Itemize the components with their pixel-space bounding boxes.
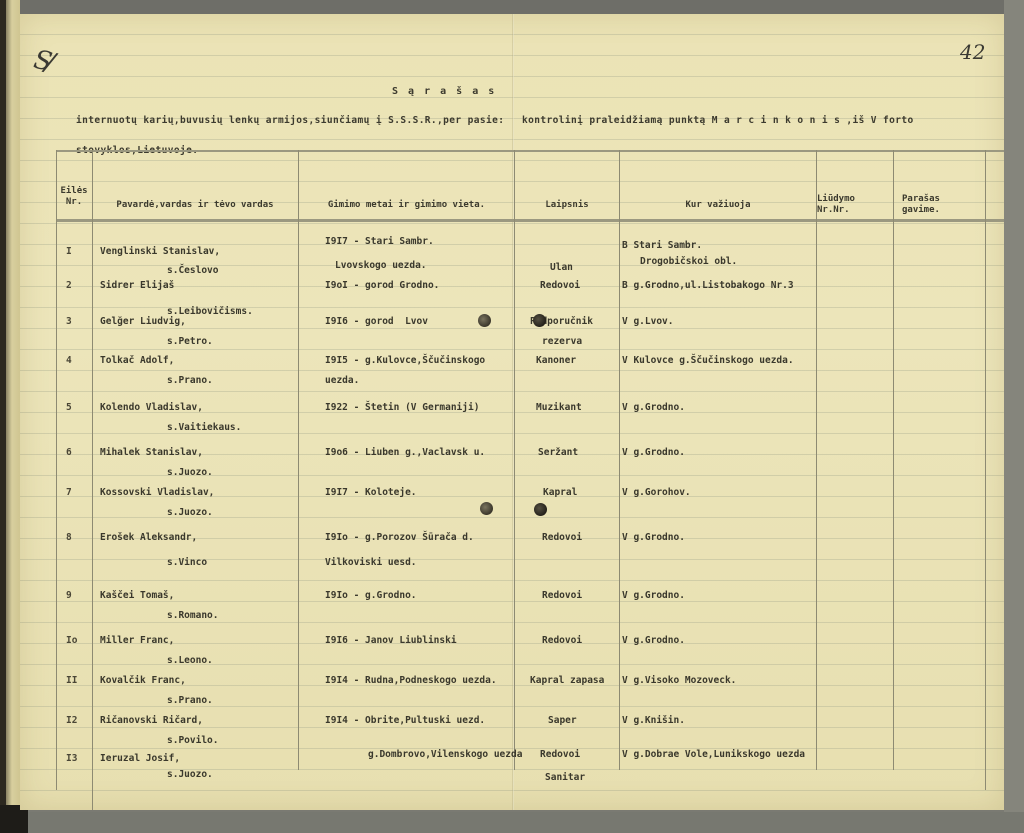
row-patronymic: s.Prano.	[167, 375, 213, 386]
row-name: Ieruzal Josif,	[100, 753, 180, 764]
row-rank: Redovoi	[542, 532, 582, 543]
row-destination-cont: Drogobičskoi obl.	[640, 256, 737, 267]
row-nr: I	[66, 246, 72, 257]
row-rank: Saper	[548, 715, 577, 726]
row-name: Ričanovski Ričard,	[100, 715, 203, 726]
header-nr: Eilės Nr.	[57, 186, 91, 208]
header-name: Pavardė,vardas ir tėvo vardas	[92, 200, 298, 211]
row-destination: B g.Grodno,ul.Listobakogo Nr.3	[622, 280, 794, 291]
row-nr: II	[66, 675, 77, 686]
row-birth: I9I5 - g.Kulovce,Ščučinskogo	[325, 355, 485, 366]
row-nr: 3	[66, 316, 72, 327]
row-patronymic: s.Petro.	[167, 336, 213, 347]
row-birth: I9I7 - Stari Sambr.	[325, 236, 434, 247]
row-name: Gelğer Liudvig,	[100, 316, 186, 327]
row-destination: V g.Visoko Mozoveck.	[622, 675, 736, 686]
row-destination: V g.Grodno.	[622, 590, 685, 601]
row-birth: I9Io - g.Porozov Šūrača d.	[325, 532, 474, 543]
row-nr: I3	[66, 753, 77, 764]
punch-hole	[478, 314, 491, 327]
binder-background-right	[1004, 0, 1024, 833]
row-rank: Kapral	[543, 487, 577, 498]
row-rank: Kapral zapasa	[530, 675, 604, 686]
row-rank: Redovoi	[542, 590, 582, 601]
header-receipt: Parašas gavime.	[902, 194, 982, 216]
handwritten-page-number: 42	[960, 40, 985, 64]
row-patronymic: s.Česlovo	[167, 265, 218, 276]
row-patronymic: s.Romano.	[167, 610, 218, 621]
row-patronymic: s.Povilo.	[167, 735, 218, 746]
row-birth-cont: uezda.	[325, 375, 359, 386]
row-name: Erošek Aleksandr,	[100, 532, 197, 543]
row-destination: V g.Grodno.	[622, 447, 685, 458]
row-rank: Kanoner	[536, 355, 576, 366]
row-patronymic: s.Prano.	[167, 695, 213, 706]
header-destination: Kur važiuoja	[620, 200, 816, 211]
row-patronymic: s.Vinco	[167, 557, 207, 568]
row-birth: I9I4 - Obrite,Pultuski uezd.	[325, 715, 485, 726]
row-rank-cont: rezerva	[542, 336, 582, 347]
row-destination: V g.Lvov.	[622, 316, 673, 327]
row-rank: Ulan	[550, 262, 573, 273]
row-destination: V g.Dobrae Vole,Lunikskogo uezda	[622, 749, 805, 760]
punch-hole	[533, 314, 546, 327]
row-name: Kolendo Vladislav,	[100, 402, 203, 413]
row-destination: V g.Knišin.	[622, 715, 685, 726]
row-destination: V g.Grodno.	[622, 402, 685, 413]
row-rank: Seržant	[538, 447, 578, 458]
row-nr: 5	[66, 402, 72, 413]
row-patronymic: s.Vaitiekaus.	[167, 422, 241, 433]
row-rank: Redovoi	[540, 749, 580, 760]
header-birth: Gimimo metai ir gimimo vieta.	[299, 200, 514, 211]
row-rank: Redovoi	[542, 635, 582, 646]
row-birth: I9I7 - Koloteje.	[325, 487, 417, 498]
row-name: Miller Franc,	[100, 635, 174, 646]
row-birth: I9I6 - gorod Lvov	[325, 316, 428, 327]
header-certificate: Liūdymo Nr.Nr.	[817, 194, 861, 216]
row-name: Kovalčik Franc,	[100, 675, 186, 686]
row-name: Mihalek Stanislav,	[100, 447, 203, 458]
row-birth: g.Dombrovo,Vilenskogo uezda	[368, 749, 522, 760]
row-birth: I9I6 - Janov Liublinski	[325, 635, 457, 646]
row-destination: V g.Grodno.	[622, 635, 685, 646]
intro-line-1-right: kontrolinį praleidžiamą punktą M a r c i…	[522, 115, 914, 126]
row-rank: Redovoi	[540, 280, 580, 291]
punch-hole	[534, 503, 547, 516]
row-patronymic: s.Juozo.	[167, 507, 213, 518]
row-destination: V Kulovce g.Ščučinskogo uezda.	[622, 355, 794, 366]
row-birth-cont: Vilkoviski uesd.	[325, 557, 417, 568]
row-birth: I9o6 - Liuben g.,Vaclavsk u.	[325, 447, 485, 458]
row-name: Tolkač Adolf,	[100, 355, 174, 366]
row-patronymic: s.Juozo.	[167, 769, 213, 780]
header-rank: Laipsnis	[515, 200, 619, 211]
row-destination: V g.Gorohov.	[622, 487, 691, 498]
binder-background-bottom	[20, 812, 1024, 833]
handwritten-signature-mark: Ѕ/	[31, 45, 51, 77]
row-nr: I2	[66, 715, 77, 726]
row-patronymic: s.Leono.	[167, 655, 213, 666]
intro-line-1-left: internuotų karių,buvusių lenkų armijos,s…	[76, 115, 504, 126]
row-nr: Io	[66, 635, 77, 646]
row-nr: 9	[66, 590, 72, 601]
row-destination: V g.Grodno.	[622, 532, 685, 543]
row-name: Sidrer Elijaš	[100, 280, 174, 291]
row-birth: I9I4 - Rudna,Podneskogo uezda.	[325, 675, 497, 686]
row-name: Venglinski Stanislav,	[100, 246, 220, 257]
row-patronymic: s.Juozo.	[167, 467, 213, 478]
row-nr: 8	[66, 532, 72, 543]
row-nr: 4	[66, 355, 72, 366]
row-rank: Muzikant	[536, 402, 582, 413]
row-name: Kossovski Vladislav,	[100, 487, 214, 498]
row-destination: B Stari Sambr.	[622, 240, 702, 251]
row-nr: 6	[66, 447, 72, 458]
row-nr: 2	[66, 280, 72, 291]
adjacent-page-edge	[0, 0, 20, 833]
row-birth: I9Io - g.Grodno.	[325, 590, 417, 601]
document-title: S ą r a š a s	[392, 86, 496, 97]
row-name: Kaščei Tomaš,	[100, 590, 174, 601]
row-nr: 7	[66, 487, 72, 498]
row-birth: I922 - Štetin (V Germaniji)	[325, 402, 479, 413]
row-birth-cont: Lvovskogo uezda.	[335, 260, 427, 271]
row-rank-cont: Sanitar	[545, 772, 585, 783]
document-page: Ѕ/ 42 S ą r a š a s internuotų karių,buv…	[20, 14, 1004, 810]
row-birth: I9oI - gorod Grodno.	[325, 280, 439, 291]
punch-hole	[480, 502, 493, 515]
